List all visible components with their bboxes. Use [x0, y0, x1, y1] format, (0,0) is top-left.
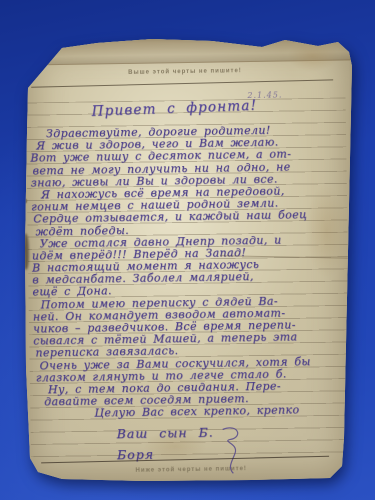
paper-sheet: Выше этой черты не пишите! 2.1.45. Приве… [22, 38, 354, 484]
photo-background: Выше этой черты не пишите! 2.1.45. Приве… [0, 0, 375, 500]
signature-line: Ваш сын Б. [117, 425, 214, 442]
letter-paper: Выше этой черты не пишите! 2.1.45. Приве… [22, 38, 354, 484]
letter-lines: Здравствуйте, дорогие родители!Я жив и з… [30, 124, 351, 421]
top-fold-crease [19, 35, 351, 65]
top-rule-line [31, 79, 333, 88]
stamp-top-text: Выше этой черты не пишите! [19, 66, 351, 77]
stamp-bottom-text: Ниже этой черты не пишите! [25, 464, 357, 475]
paper-content: Выше этой черты не пишите! 2.1.45. Приве… [19, 35, 358, 486]
